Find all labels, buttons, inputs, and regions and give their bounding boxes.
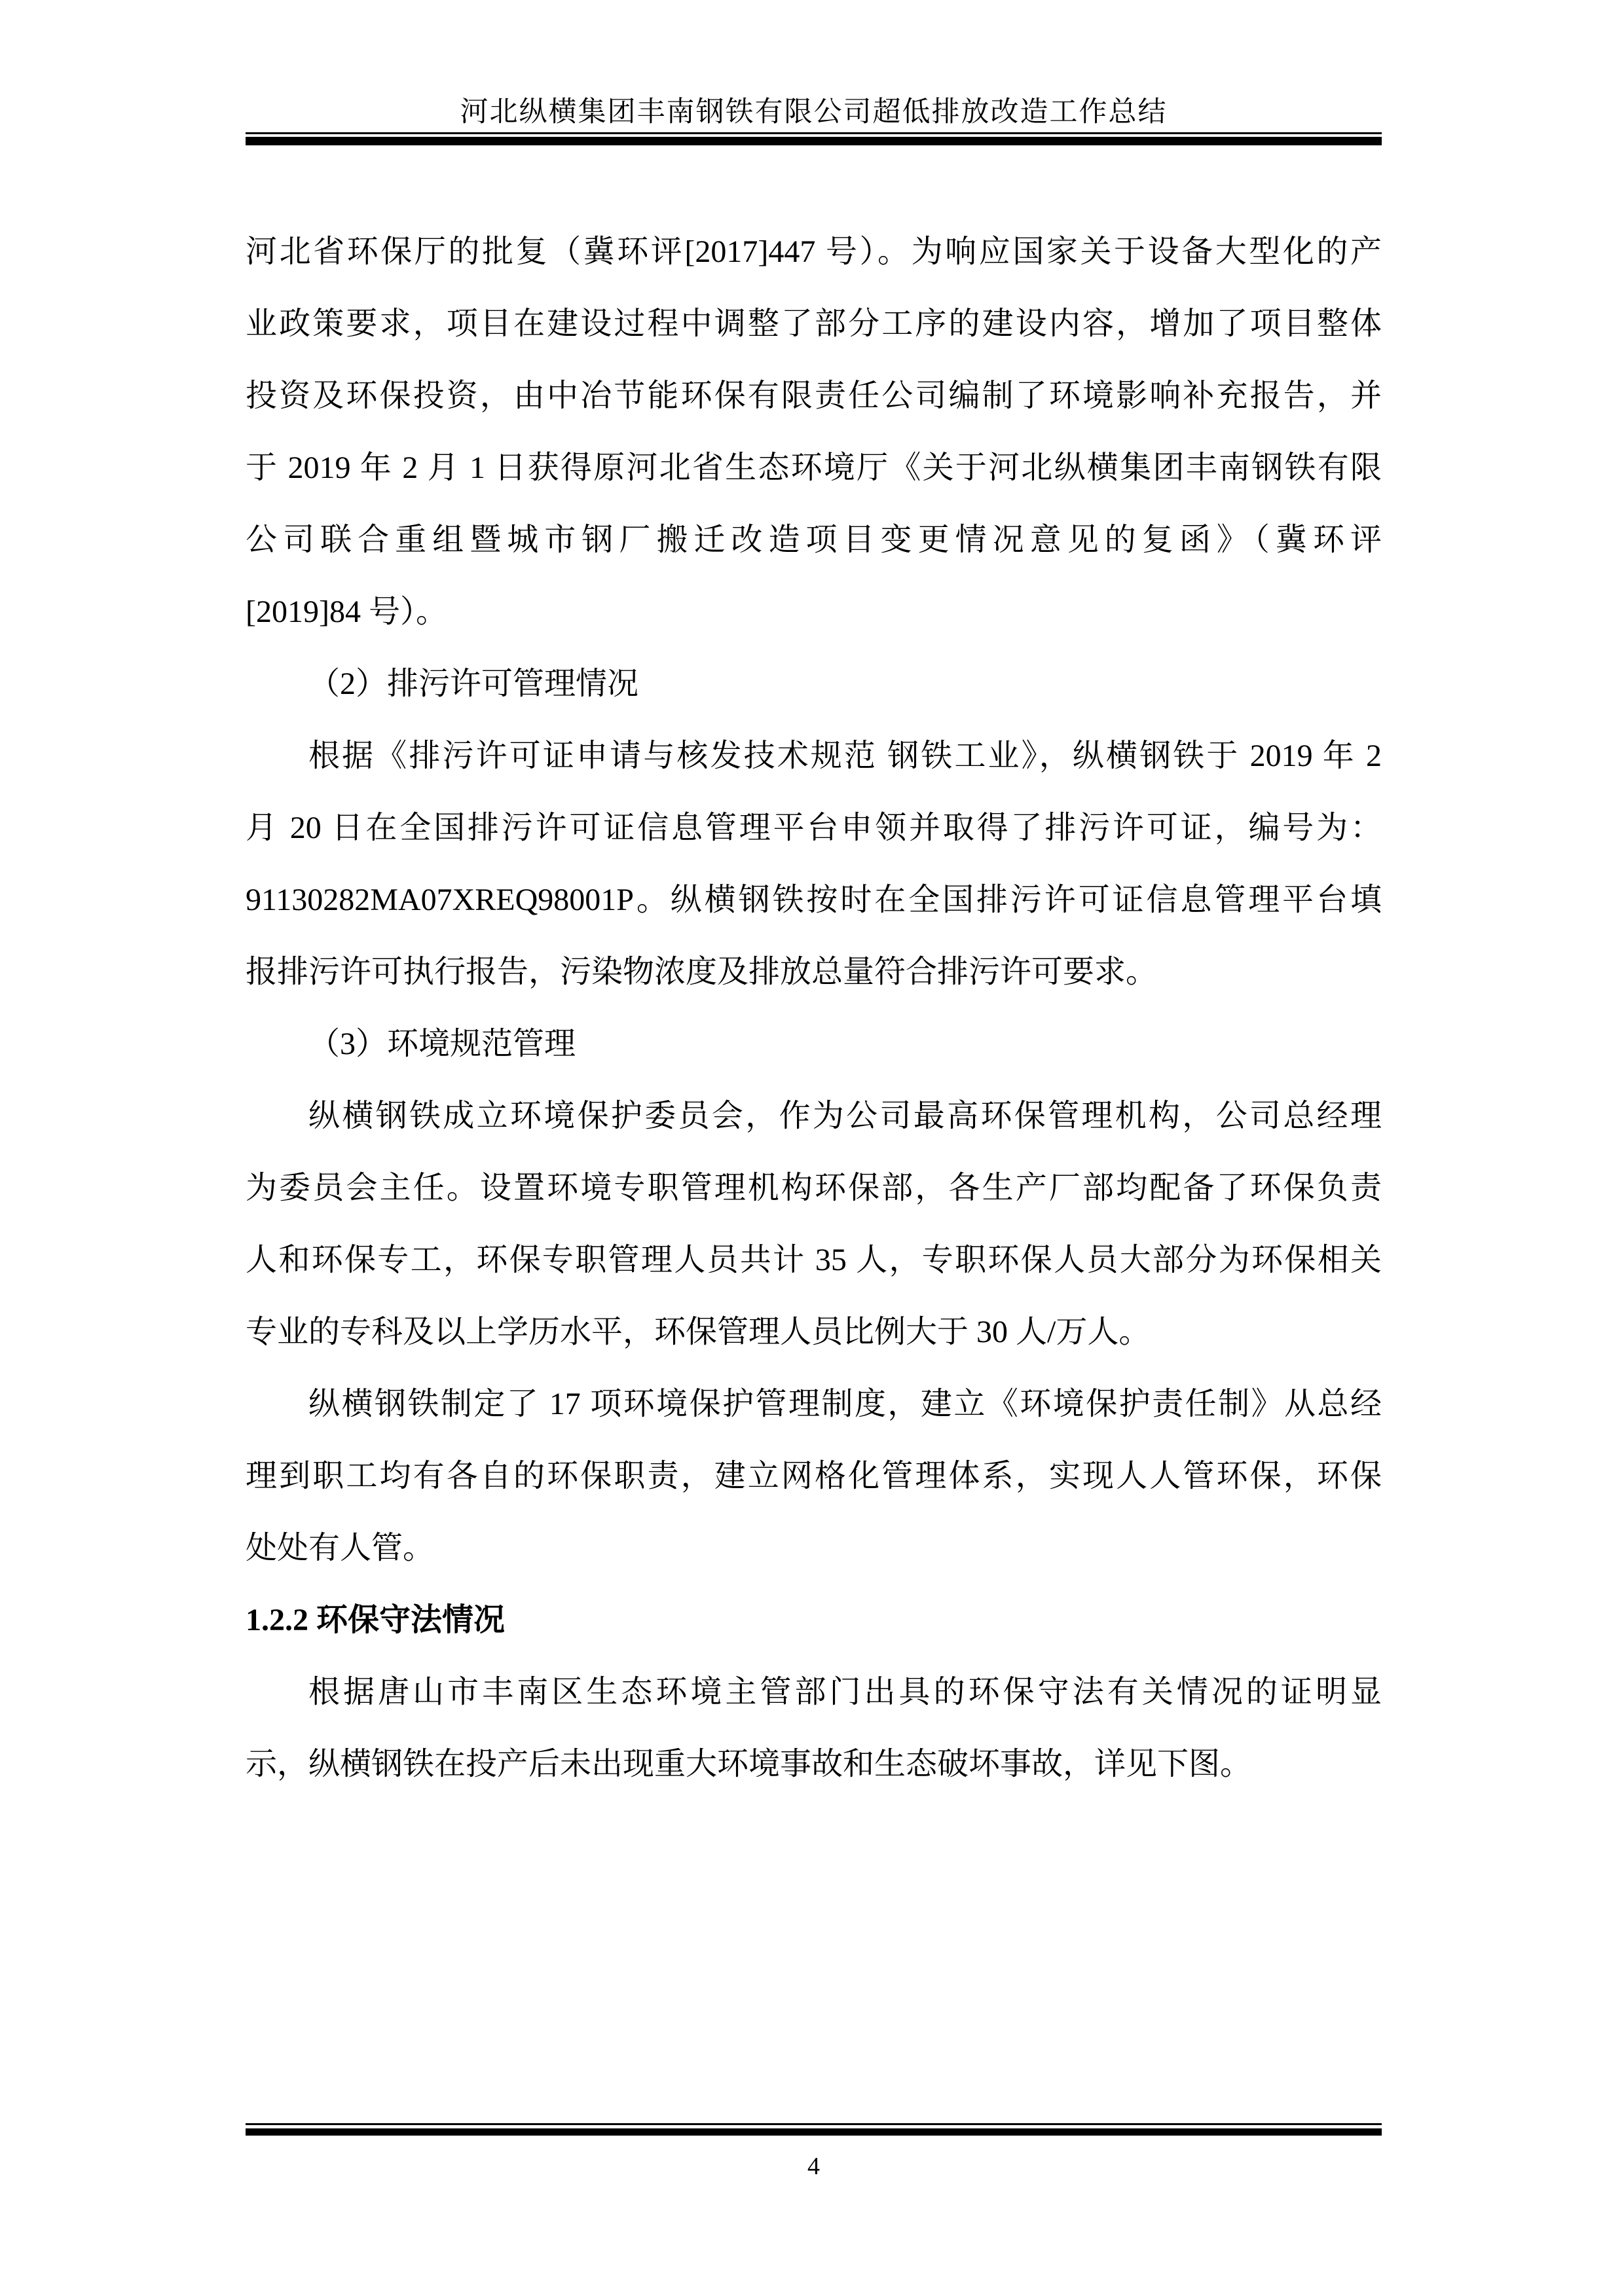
header-title: 河北纵横集团丰南钢铁有限公司超低排放改造工作总结 [246, 98, 1382, 128]
text-line: （3）环境规范管理 [246, 1008, 1382, 1080]
text-line: [2019]84 号）。 [246, 576, 1382, 648]
text-line: 根据《排污许可证申请与核发技术规范 钢铁工业》，纵横钢铁于 2019 年 2 [246, 720, 1382, 792]
text-line: 处处有人管。 [246, 1512, 1382, 1584]
document-page: 河北纵横集团丰南钢铁有限公司超低排放改造工作总结 河北省环保厅的批复（冀环评[2… [0, 0, 1624, 2296]
text-line: （2）排污许可管理情况 [246, 648, 1382, 720]
text-line: 专业的专科及以上学历水平，环保管理人员比例大于 30 人/万人。 [246, 1296, 1382, 1368]
text-line: 公司联合重组暨城市钢厂搬迁改造项目变更情况意见的复函》（冀环评 [246, 504, 1382, 576]
text-line: 报排污许可执行报告，污染物浓度及排放总量符合排污许可要求。 [246, 936, 1382, 1008]
text-line: 纵横钢铁制定了 17 项环境保护管理制度，建立《环境保护责任制》从总经 [246, 1368, 1382, 1440]
text-line: 月 20 日在全国排污许可证信息管理平台申领并取得了排污许可证，编号为： [246, 792, 1382, 864]
document-body: 河北省环保厅的批复（冀环评[2017]447 号）。为响应国家关于设备大型化的产… [246, 216, 1382, 1800]
text-line: 理到职工均有各自的环保职责，建立网格化管理体系，实现人人管环保，环保 [246, 1440, 1382, 1512]
section-heading: 1.2.2 环保守法情况 [246, 1584, 1382, 1656]
page-number: 4 [246, 2153, 1382, 2180]
text-line: 业政策要求，项目在建设过程中调整了部分工序的建设内容，增加了项目整体 [246, 288, 1382, 360]
footer-rule-thin [246, 2123, 1382, 2125]
header-rule-thick [246, 137, 1382, 145]
text-line: 根据唐山市丰南区生态环境主管部门出具的环保守法有关情况的证明显 [246, 1656, 1382, 1728]
text-line: 91130282MA07XREQ98001P。纵横钢铁按时在全国排污许可证信息管… [246, 864, 1382, 936]
text-line: 示，纵横钢铁在投产后未出现重大环境事故和生态破坏事故，详见下图。 [246, 1728, 1382, 1800]
text-line: 于 2019 年 2 月 1 日获得原河北省生态环境厅《关于河北纵横集团丰南钢铁… [246, 432, 1382, 504]
text-line: 投资及环保投资，由中冶节能环保有限责任公司编制了环境影响补充报告，并 [246, 360, 1382, 432]
footer-rule-thick [246, 2128, 1382, 2136]
header-rule-thin [246, 132, 1382, 134]
text-line: 河北省环保厅的批复（冀环评[2017]447 号）。为响应国家关于设备大型化的产 [246, 216, 1382, 288]
text-line: 人和环保专工，环保专职管理人员共计 35 人，专职环保人员大部分为环保相关 [246, 1224, 1382, 1296]
text-line: 纵横钢铁成立环境保护委员会，作为公司最高环保管理机构，公司总经理 [246, 1080, 1382, 1152]
text-line: 为委员会主任。设置环境专职管理机构环保部，各生产厂部均配备了环保负责 [246, 1152, 1382, 1224]
